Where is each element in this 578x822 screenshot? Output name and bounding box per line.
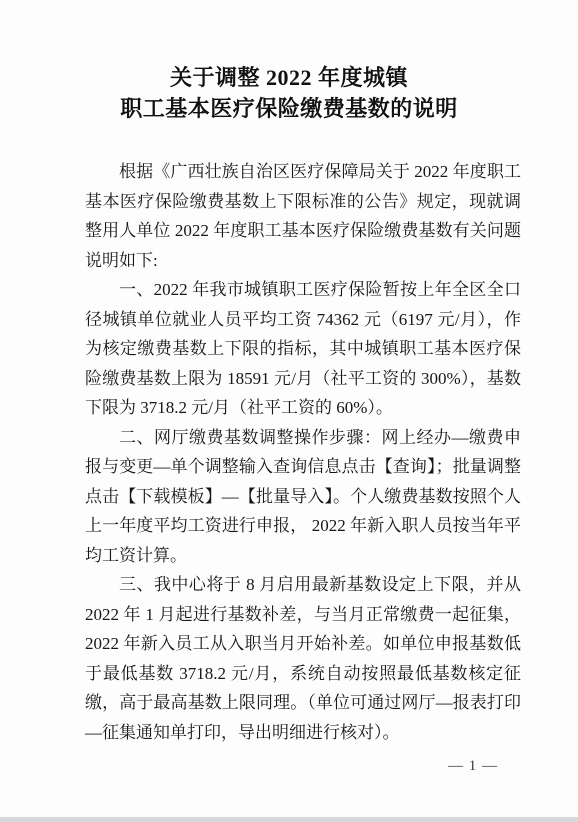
document-title-line2: 职工基本医疗保险缴费基数的说明 (120, 96, 458, 121)
paragraph: 根据《广西壮族自治区医疗保障局关于 2022 年度职工基本医疗保险缴费基数上下限… (85, 157, 521, 275)
document-body: 根据《广西壮族自治区医疗保障局关于 2022 年度职工基本医疗保险缴费基数上下限… (85, 157, 521, 747)
paragraph: 一、2022 年我市城镇职工医疗保险暂按上年全区全口径城镇单位就业人员平均工资 … (85, 275, 521, 423)
document-page: 关于调整 2022 年度城镇 职工基本医疗保险缴费基数的说明 根据《广西壮族自治… (0, 0, 578, 822)
document-title-line1: 关于调整 2022 年度城镇 (170, 65, 408, 90)
document-title: 关于调整 2022 年度城镇 职工基本医疗保险缴费基数的说明 (0, 62, 578, 124)
scan-edge-strip (0, 817, 578, 822)
page-number: — 1 — (448, 758, 498, 775)
paragraph: 三、我中心将于 8 月启用最新基数设定上下限，并从 2022 年 1 月起进行基… (85, 570, 521, 747)
paragraph: 二、网厅缴费基数调整操作步骤：网上经办—缴费申报与变更—单个调整输入查询信息点击… (85, 423, 521, 571)
